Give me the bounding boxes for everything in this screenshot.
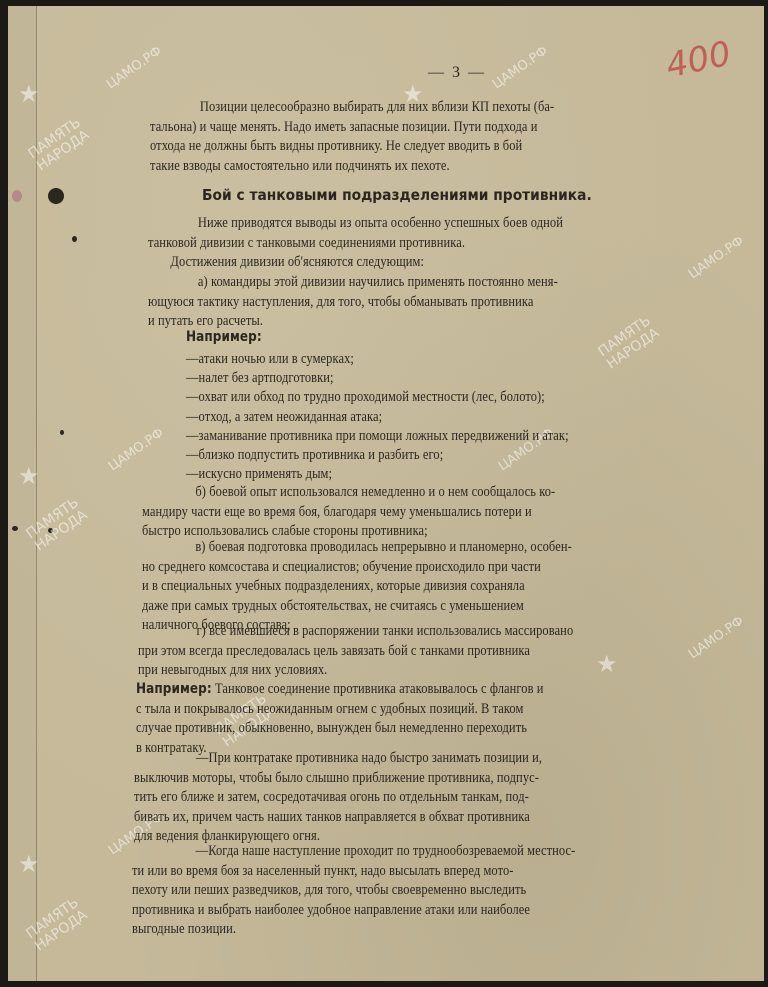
star-icon: ★ (18, 462, 40, 491)
intro-paragraph: Позиции целесообразно выбирать для них в… (150, 98, 718, 176)
text-line: ющуюся тактику наступления, для того, чт… (148, 293, 716, 313)
text-line: г) все имевшиеся в распоряжении танки ис… (138, 622, 706, 642)
example-2: Например: Танковое соединение противника… (136, 680, 704, 758)
text-line: бивать их, причем часть наших танков нап… (134, 808, 702, 828)
text-line: тальона) и чаще менять. Надо иметь запас… (150, 118, 718, 138)
binding-hole (72, 236, 77, 242)
text-line: Достижения дивизии об'ясняются следующим… (148, 253, 716, 273)
text-line: Позиции целесообразно выбирать для них в… (150, 98, 718, 118)
binding-hole (60, 430, 64, 435)
text-line: с тыла и покрывалось неожиданным огнем с… (136, 700, 704, 720)
list-item: —близко подпустить противника и разбить … (186, 446, 736, 465)
list-item: —искусно применять дым; (186, 465, 736, 484)
text-line: но среднего комсостава и специалистов; о… (142, 558, 710, 578)
text-line: тить его ближе и затем, сосредотачивая о… (134, 788, 702, 808)
point-b: б) боевой опыт использовался немедленно … (142, 483, 710, 542)
text-line: противника и выбрать наиболее удобное на… (132, 901, 700, 921)
text-line: б) боевой опыт использовался немедленно … (142, 483, 710, 503)
list-item: —отход, а затем неожиданная атака; (186, 408, 736, 427)
text-line: ти или во время боя за населенный пункт,… (132, 862, 700, 882)
advance-paragraph: —Когда наше наступление проходит по труд… (132, 842, 700, 940)
star-icon: ★ (18, 850, 40, 879)
examples-list: —атаки ночью или в сумерках; —налет без … (186, 350, 736, 484)
list-item: —охват или обход по трудно проходимой ме… (186, 388, 736, 407)
text-line: и в специальных учебных подразделениях, … (142, 577, 710, 597)
text-line: при невыгодных для них условиях. (138, 661, 706, 681)
list-item: —налет без артподготовки; (186, 369, 736, 388)
list-item: —атаки ночью или в сумерках; (186, 350, 736, 369)
text-line: а) командиры этой дивизии научились прим… (148, 273, 716, 293)
star-icon: ★ (18, 80, 40, 109)
point-g: г) все имевшиеся в распоряжении танки ис… (138, 622, 706, 681)
text-line: даже при самых трудных обстоятельствах, … (142, 597, 710, 617)
text-line: мандиру части еще во время боя, благодар… (142, 503, 710, 523)
text-line: выгодные позиции. (132, 920, 700, 940)
list-item: —заманивание противника при помощи ложны… (186, 427, 736, 446)
text-fragment: Танковое соединение противника атаковыва… (215, 681, 544, 697)
binding-hole (48, 528, 53, 533)
example-label: Например: (136, 681, 212, 697)
section-heading: Бой с танковыми подразделениями противни… (202, 186, 592, 204)
text-line: танковой дивизии с танковыми соединениям… (148, 234, 716, 254)
text-line: при этом всегда преследовалась цель завя… (138, 642, 706, 662)
page-number: — 3 — (428, 64, 486, 82)
binding-hole (12, 190, 22, 202)
counterattack-paragraph: —При контратаке противника надо быстро з… (134, 749, 702, 847)
text-line: —При контратаке противника надо быстро з… (134, 749, 702, 769)
text-line: в) боевая подготовка проводилась непреры… (142, 538, 710, 558)
text-line: —Когда наше наступление проходит по труд… (132, 842, 700, 862)
text-line: пехоту или пеших разведчиков, для того, … (132, 881, 700, 901)
text-line: случае противник, обыкновенно, вынужден … (136, 719, 704, 739)
binding-hole (48, 188, 64, 204)
text-line: Например: Танковое соединение противника… (136, 680, 704, 700)
binding-strip (8, 6, 36, 981)
text-line: такие взводы самостоятельно или подчинят… (150, 157, 718, 177)
text-line: отхода не должны быть видны противнику. … (150, 137, 718, 157)
fold-line (36, 6, 37, 981)
binding-hole (12, 526, 18, 531)
section-intro: Ниже приводятся выводы из опыта особенно… (148, 214, 716, 273)
text-line: выключив моторы, чтобы было слышно прибл… (134, 769, 702, 789)
point-a: а) командиры этой дивизии научились прим… (148, 273, 716, 332)
text-line: Ниже приводятся выводы из опыта особенно… (148, 214, 716, 234)
example-label: Например: (186, 328, 262, 348)
